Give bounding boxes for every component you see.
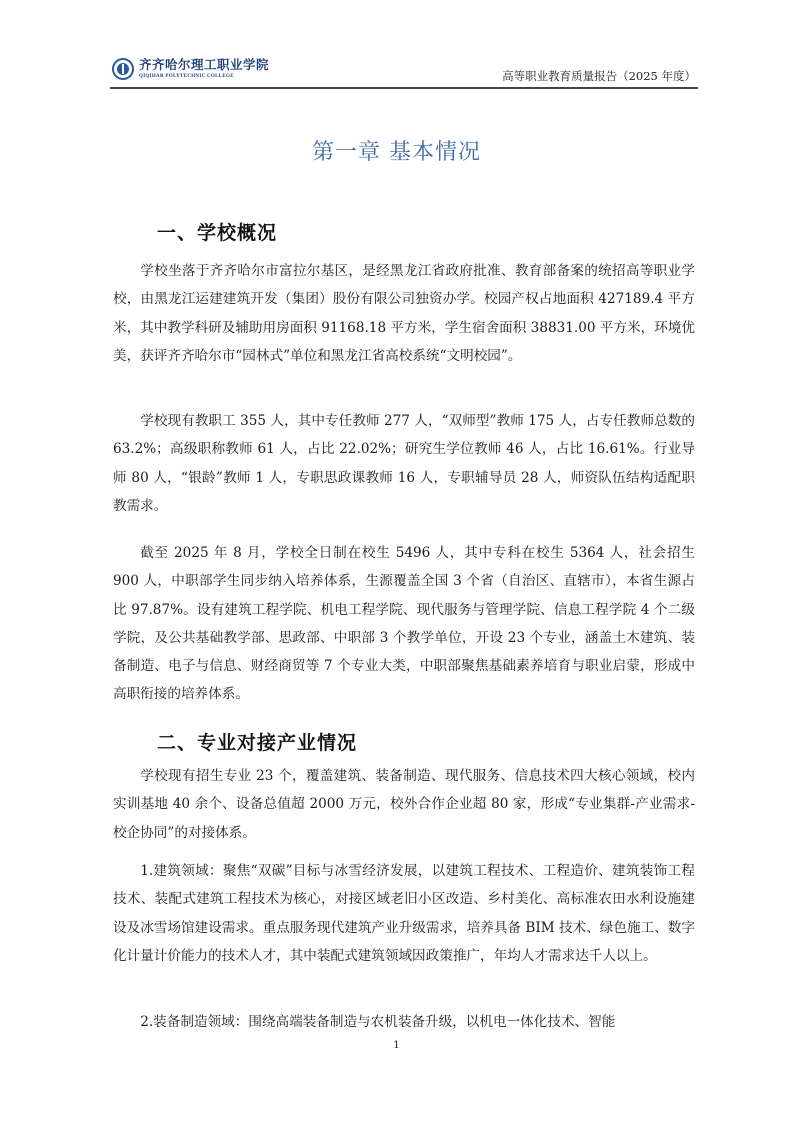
college-logo: 齐齐哈尔理工职业学院 QIQIHAR POLYTECHNIC COLLEGE (112, 58, 269, 80)
chapter-title: 第一章 基本情况 (0, 135, 793, 166)
logo-text: 齐齐哈尔理工职业学院 QIQIHAR POLYTECHNIC COLLEGE (139, 59, 269, 79)
page-number: 1 (0, 1040, 793, 1051)
document-page: 齐齐哈尔理工职业学院 QIQIHAR POLYTECHNIC COLLEGE 高… (0, 0, 793, 1122)
logo-english-name: QIQIHAR POLYTECHNIC COLLEGE (139, 74, 269, 79)
paragraph-school-location: 学校坐落于齐齐哈尔市富拉尔基区，是经黑龙江省政府批准、教育部备案的统招高等职业学… (113, 257, 695, 370)
section-heading-school-overview: 一、学校概况 (157, 218, 277, 245)
paragraph-construction-field: 1.建筑领域：聚焦“双碳”目标与冰雪经济发展，以建筑工程技术、工程造价、建筑装饰… (113, 857, 695, 970)
paragraph-majors-overview: 学校现有招生专业 23 个，覆盖建筑、装备制造、现代服务、信息技术四大核心领域，… (113, 762, 695, 847)
paragraph-equipment-manufacturing: 2.装备制造领域：围绕高端装备制造与农机装备升级，以机电一体化技术、智能 (113, 1008, 695, 1036)
logo-chinese-name: 齐齐哈尔理工职业学院 (139, 59, 269, 72)
page-header: 齐齐哈尔理工职业学院 QIQIHAR POLYTECHNIC COLLEGE 高… (110, 56, 698, 88)
college-emblem-icon (112, 58, 134, 80)
paragraph-students-colleges: 截至 2025 年 8 月，学校全日制在校生 5496 人，其中专科在校生 53… (113, 539, 695, 709)
report-title: 高等职业教育质量报告（2025 年度） (502, 68, 696, 84)
header-divider (110, 87, 698, 89)
paragraph-faculty: 学校现有教职工 355 人，其中专任教师 277 人，“双师型”教师 175 人… (113, 407, 695, 520)
section-heading-industry-alignment: 二、专业对接产业情况 (157, 728, 357, 755)
